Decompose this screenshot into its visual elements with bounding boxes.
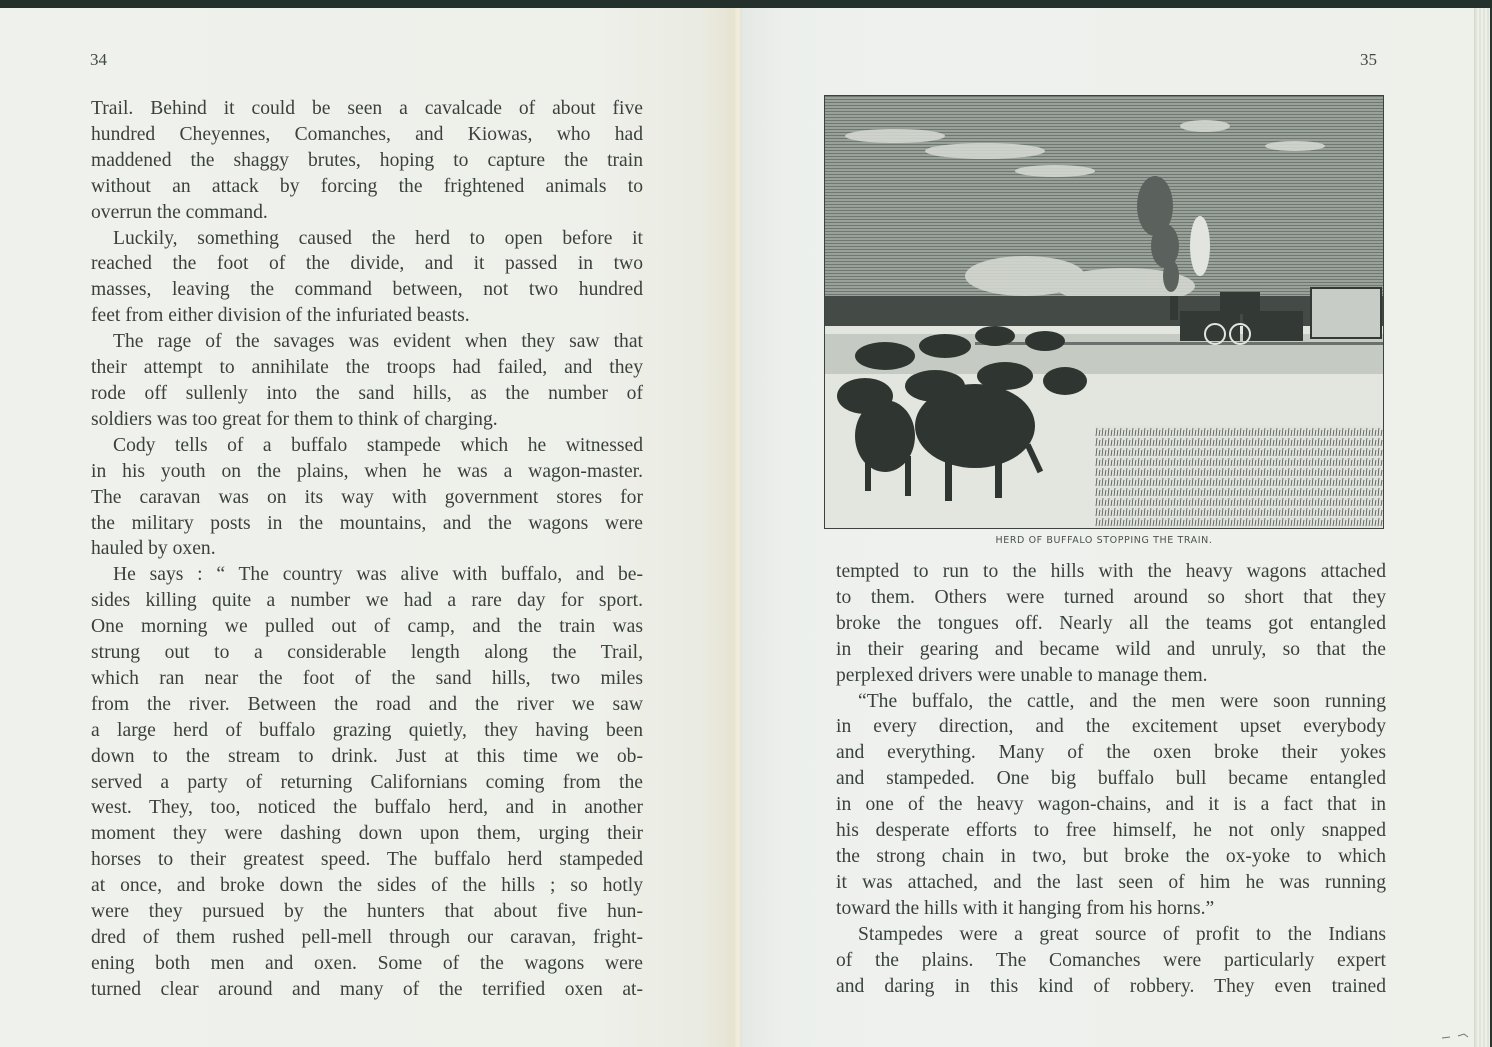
text-line: were they pursued by the hunters that ab…	[91, 899, 643, 925]
text-line: perplexed drivers were unable to manage …	[836, 663, 1386, 689]
text-line: ening both men and oxen. Some of the wag…	[91, 951, 643, 977]
text-line: without an attack by forcing the frighte…	[91, 174, 643, 200]
text-line: broke the tongues off. Nearly all the te…	[836, 611, 1386, 637]
text-line: dred of them rushed pell-mell through ou…	[91, 925, 643, 951]
page-number-right: 35	[1360, 50, 1377, 70]
text-line: soldiers was too great for them to think…	[91, 407, 643, 433]
text-line: a large herd of buffalo grazing quietly,…	[91, 718, 643, 744]
figure-caption: HERD OF BUFFALO STOPPING THE TRAIN.	[824, 535, 1384, 546]
text-line: The caravan was on its way with governme…	[91, 485, 643, 511]
book-gutter	[734, 8, 742, 1047]
page-number-left: 34	[90, 50, 107, 70]
text-line: of the plains. The Comanches were partic…	[836, 948, 1386, 974]
right-page-body-text: tempted to run to the hills with the hea…	[836, 559, 1386, 999]
text-line: One morning we pulled out of camp, and t…	[91, 614, 643, 640]
text-line: the strong chain in two, but broke the o…	[836, 844, 1386, 870]
illustration-buffalo-train	[824, 95, 1384, 529]
text-line: and everything. Many of the oxen broke t…	[836, 740, 1386, 766]
text-line: The rage of the savages was evident when…	[91, 329, 643, 355]
text-line: down to the stream to drink. Just at thi…	[91, 744, 643, 770]
text-line: and stampeded. One big buffalo bull beca…	[836, 766, 1386, 792]
book-cover-edge	[0, 0, 1492, 8]
text-line: He says : “ The country was alive with b…	[91, 562, 643, 588]
text-line: Luckily, something caused the herd to op…	[91, 226, 643, 252]
text-line: from the river. Between the road and the…	[91, 692, 643, 718]
text-line: hauled by oxen.	[91, 536, 643, 562]
text-line: turned clear around and many of the terr…	[91, 977, 643, 1003]
page-stack-edge	[1474, 8, 1492, 1047]
text-line: horses to their greatest speed. The buff…	[91, 847, 643, 873]
text-line: rode off sullenly into the sand hills, a…	[91, 381, 643, 407]
text-line: overrun the command.	[91, 200, 643, 226]
text-line: to them. Others were turned around so sh…	[836, 585, 1386, 611]
text-line: masses, leaving the command between, not…	[91, 277, 643, 303]
text-line: maddened the shaggy brutes, hoping to ca…	[91, 148, 643, 174]
text-line: served a party of returning Californians…	[91, 770, 643, 796]
text-line: west. They, too, noticed the buffalo her…	[91, 795, 643, 821]
text-line: and daring in this kind of robbery. They…	[836, 974, 1386, 1000]
text-line: in their gearing and became wild and unr…	[836, 637, 1386, 663]
text-line: Stampedes were a great source of profit …	[836, 922, 1386, 948]
text-line: toward the hills with it hanging from hi…	[836, 896, 1386, 922]
text-line: in his youth on the plains, when he was …	[91, 459, 643, 485]
text-line: at once, and broke down the sides of the…	[91, 873, 643, 899]
text-line: in every direction, and the excitement u…	[836, 714, 1386, 740]
open-book-spread: 34 35 Trail. Behind it could be seen a c…	[0, 0, 1492, 1047]
text-line: sides killing quite a number we had a ra…	[91, 588, 643, 614]
text-line: in one of the heavy wagon-chains, and it…	[836, 792, 1386, 818]
left-page-body-text: Trail. Behind it could be seen a cavalca…	[91, 96, 643, 1003]
engraving-image	[825, 96, 1383, 528]
paper-blemish	[1440, 1032, 1470, 1040]
text-line: it was attached, and the last seen of hi…	[836, 870, 1386, 896]
text-line: strung out to a considerable length alon…	[91, 640, 643, 666]
text-line: which ran near the foot of the sand hill…	[91, 666, 643, 692]
text-line: reached the foot of the divide, and it p…	[91, 251, 643, 277]
text-line: “The buffalo, the cattle, and the men we…	[836, 689, 1386, 715]
text-line: moment they were dashing down upon them,…	[91, 821, 643, 847]
text-line: hundred Cheyennes, Comanches, and Kiowas…	[91, 122, 643, 148]
text-line: Cody tells of a buffalo stampede which h…	[91, 433, 643, 459]
text-line: feet from either division of the infuria…	[91, 303, 643, 329]
text-line: his desperate efforts to free himself, h…	[836, 818, 1386, 844]
text-line: tempted to run to the hills with the hea…	[836, 559, 1386, 585]
text-line: Trail. Behind it could be seen a cavalca…	[91, 96, 643, 122]
text-line: the military posts in the mountains, and…	[91, 511, 643, 537]
text-line: their attempt to annihilate the troops h…	[91, 355, 643, 381]
